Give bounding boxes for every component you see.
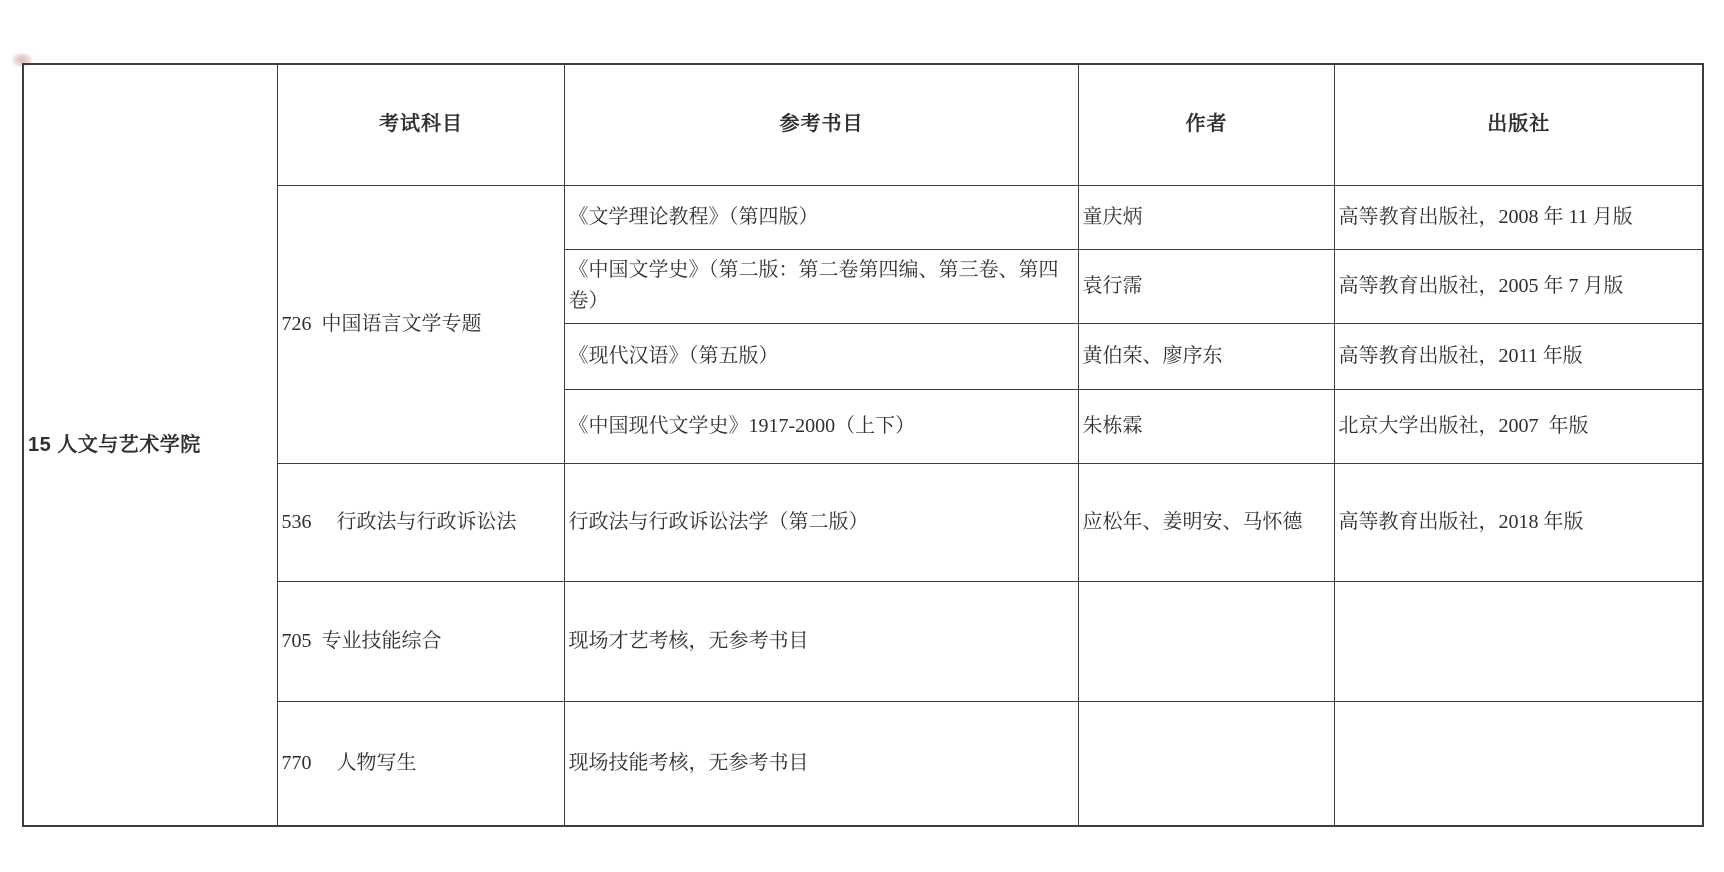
book-title-cell: 现场才艺考核，无参考书目 — [564, 581, 1078, 701]
author-cell: 黄伯荣、廖序东 — [1078, 323, 1334, 389]
subject-cell-536: 536 行政法与行政诉讼法 — [277, 463, 564, 581]
subject-cell-705: 705 专业技能综合 — [277, 581, 564, 701]
document-page: 15 人文与艺术学院 考试科目 参考书目 作者 出版社 726 中国语言文学专题… — [0, 0, 1724, 872]
publisher-cell: 高等教育出版社，2008 年 11 月版 — [1334, 185, 1703, 249]
book-title-cell: 行政法与行政诉讼法学（第二版） — [564, 463, 1078, 581]
publisher-cell — [1334, 701, 1703, 826]
author-cell: 袁行霈 — [1078, 249, 1334, 323]
publisher-cell: 高等教育出版社，2018 年版 — [1334, 463, 1703, 581]
author-cell: 童庆炳 — [1078, 185, 1334, 249]
author-cell: 应松年、姜明安、马怀德 — [1078, 463, 1334, 581]
book-title-cell: 《文学理论教程》（第四版） — [564, 185, 1078, 249]
college-cell: 15 人文与艺术学院 — [23, 64, 277, 826]
book-title-cell: 《中国现代文学史》1917-2000（上下） — [564, 389, 1078, 463]
header-publisher: 出版社 — [1334, 64, 1703, 185]
book-title-cell: 《现代汉语》（第五版） — [564, 323, 1078, 389]
publisher-cell — [1334, 581, 1703, 701]
author-cell: 朱栋霖 — [1078, 389, 1334, 463]
header-author: 作者 — [1078, 64, 1334, 185]
book-title-cell: 《中国文学史》（第二版：第二卷第四编、第三卷、第四卷） — [564, 249, 1078, 323]
book-title-cell: 现场技能考核，无参考书目 — [564, 701, 1078, 826]
header-exam-subject: 考试科目 — [277, 64, 564, 185]
publisher-cell: 北京大学出版社，2007 年版 — [1334, 389, 1703, 463]
header-reference-books: 参考书目 — [564, 64, 1078, 185]
subject-cell-726: 726 中国语言文学专题 — [277, 185, 564, 463]
publisher-cell: 高等教育出版社，2011 年版 — [1334, 323, 1703, 389]
publisher-cell: 高等教育出版社，2005 年 7 月版 — [1334, 249, 1703, 323]
subject-cell-770: 770 人物写生 — [277, 701, 564, 826]
author-cell — [1078, 701, 1334, 826]
reference-books-table: 15 人文与艺术学院 考试科目 参考书目 作者 出版社 726 中国语言文学专题… — [22, 63, 1704, 827]
author-cell — [1078, 581, 1334, 701]
table-header-row: 15 人文与艺术学院 考试科目 参考书目 作者 出版社 — [23, 64, 1703, 185]
